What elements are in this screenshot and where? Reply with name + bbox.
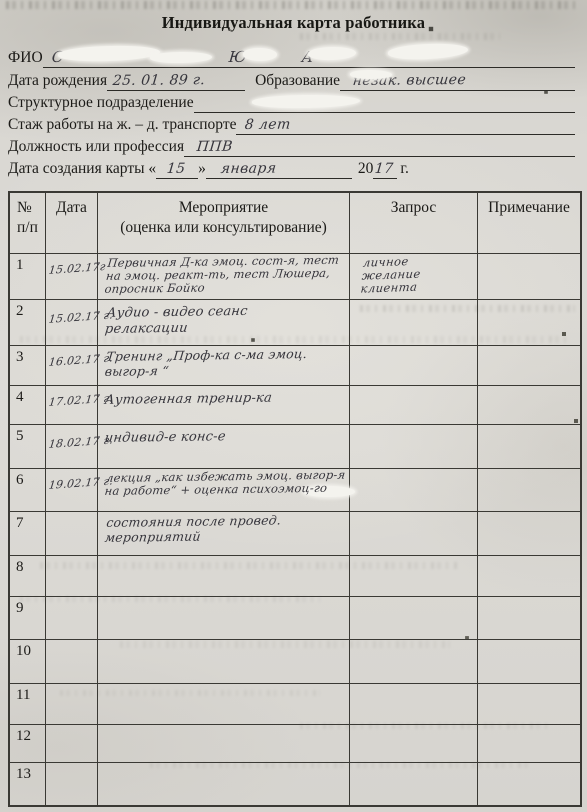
cell-event bbox=[98, 763, 350, 805]
cell-request bbox=[350, 346, 478, 385]
cell-note bbox=[478, 346, 580, 385]
cell-num: 7 bbox=[10, 512, 46, 555]
card-date-year-printed: 20 bbox=[352, 160, 374, 179]
table-row: 9 bbox=[10, 597, 580, 640]
cell-request bbox=[350, 512, 478, 555]
table-row: 4 17.02.17 г. Аутогенная тренир-ка bbox=[10, 386, 580, 425]
cell-event bbox=[98, 684, 350, 724]
table-row: 7 состояния после провед. мероприятий bbox=[10, 512, 580, 556]
header-note: Примечание bbox=[478, 193, 580, 253]
experience-value: 8 лет bbox=[244, 117, 291, 133]
cell-event: Первичная Д-ка эмоц. сост-я, тест на эмо… bbox=[98, 254, 350, 299]
cell-request bbox=[350, 597, 478, 639]
cell-num: 5 bbox=[10, 425, 46, 468]
cell-note bbox=[478, 556, 580, 596]
birth-line: 25. 01. 89 г. bbox=[107, 67, 245, 91]
cell-note bbox=[478, 684, 580, 724]
cell-date bbox=[46, 556, 98, 596]
table-row: 10 bbox=[10, 640, 580, 684]
experience-field: Стаж работы на ж. – д. транспорте 8 лет bbox=[8, 112, 575, 135]
cell-num: 2 bbox=[10, 300, 46, 345]
cell-date: 15.02.17 г. bbox=[46, 300, 98, 345]
cell-note bbox=[478, 386, 580, 424]
cell-note bbox=[478, 763, 580, 805]
table-row: 8 bbox=[10, 556, 580, 597]
card-date-month-line: января bbox=[206, 155, 352, 179]
cell-request bbox=[350, 300, 478, 345]
cell-note bbox=[478, 597, 580, 639]
cell-date: 16.02.17 г. bbox=[46, 346, 98, 385]
header-event: Мероприятие (оценка или консультирование… bbox=[98, 193, 350, 253]
cell-event: лекция „как избежать эмоц. выгор-я на ра… bbox=[98, 469, 350, 511]
header-date: Дата bbox=[46, 193, 98, 253]
table-header-row: № п/п Дата Мероприятие (оценка или консу… bbox=[10, 193, 580, 254]
header-request: Запрос bbox=[350, 193, 478, 253]
fio-initial-1: С bbox=[51, 48, 65, 66]
cell-request bbox=[350, 556, 478, 596]
table-row: 11 bbox=[10, 684, 580, 725]
cell-num: 1 bbox=[10, 254, 46, 299]
card-date-quote-close: » bbox=[198, 160, 206, 179]
cell-num: 11 bbox=[10, 684, 46, 724]
fio-initial-2: Ю bbox=[228, 48, 248, 66]
table-row: 1 15.02.17г Первичная Д-ка эмоц. сост-я,… bbox=[10, 254, 580, 300]
fio-initial-3: А bbox=[301, 48, 315, 66]
fio-field: ФИО С Ю А bbox=[8, 45, 575, 68]
education-line: незак. высшее bbox=[340, 67, 575, 91]
department-line bbox=[194, 89, 575, 113]
cell-num: 4 bbox=[10, 386, 46, 424]
card-date-suffix: г. bbox=[397, 160, 408, 179]
card-date-day: 15 bbox=[166, 161, 186, 177]
cell-event: Аутогенная тренир-ка bbox=[98, 386, 350, 424]
cell-event: состояния после провед. мероприятий bbox=[98, 512, 350, 555]
table-row: 12 bbox=[10, 725, 580, 763]
card-date-day-line: 15 bbox=[156, 155, 198, 179]
card-date-field: Дата создания карты « 15 » января 20 17 … bbox=[8, 156, 575, 179]
cell-note bbox=[478, 425, 580, 468]
cell-date: 19.02.17 г. bbox=[46, 469, 98, 511]
cell-note bbox=[478, 512, 580, 555]
cell-note bbox=[478, 640, 580, 683]
cell-event bbox=[98, 597, 350, 639]
cell-request: личное желание клиента bbox=[350, 254, 478, 299]
card-date-month: января bbox=[220, 161, 277, 177]
cell-num: 6 bbox=[10, 469, 46, 511]
cell-date bbox=[46, 725, 98, 762]
cell-event: Аудио - видео сеанс релаксации bbox=[98, 300, 350, 345]
cell-date bbox=[46, 640, 98, 683]
cell-note bbox=[478, 254, 580, 299]
birth-education-field: Дата рождения 25. 01. 89 г. Образование … bbox=[8, 68, 575, 91]
department-label: Структурное подразделение bbox=[8, 94, 194, 113]
cell-request bbox=[350, 425, 478, 468]
card-date-label: Дата создания карты « bbox=[8, 160, 156, 179]
position-line: ППВ bbox=[184, 133, 575, 157]
cell-request bbox=[350, 469, 478, 511]
cell-request bbox=[350, 725, 478, 762]
table-row: 6 19.02.17 г. лекция „как избежать эмоц.… bbox=[10, 469, 580, 512]
paper-specks bbox=[0, 0, 2, 2]
cell-num: 8 bbox=[10, 556, 46, 596]
cell-num: 3 bbox=[10, 346, 46, 385]
cell-date: 18.02.17 г. bbox=[46, 425, 98, 468]
cell-event bbox=[98, 640, 350, 683]
education-value: незак. высшее bbox=[352, 72, 467, 89]
cell-request bbox=[350, 684, 478, 724]
experience-line: 8 лет bbox=[236, 111, 575, 135]
scanned-worker-card-page: { "document": { "title": "Индивидуальная… bbox=[0, 0, 587, 812]
cell-event: Тренинг „Проф-ка с-ма эмоц. выгор-я “ bbox=[98, 346, 350, 385]
cell-note bbox=[478, 300, 580, 345]
fio-label: ФИО bbox=[8, 49, 43, 68]
table-row: 5 18.02.17 г. индивид-е конс-е bbox=[10, 425, 580, 469]
page-title: Индивидуальная карта работника bbox=[0, 13, 587, 33]
department-field: Структурное подразделение bbox=[8, 90, 575, 113]
cell-note bbox=[478, 725, 580, 762]
birth-label: Дата рождения bbox=[8, 72, 107, 91]
cell-date bbox=[46, 684, 98, 724]
cell-num: 9 bbox=[10, 597, 46, 639]
cell-date bbox=[46, 512, 98, 555]
table-row: 2 15.02.17 г. Аудио - видео сеанс релакс… bbox=[10, 300, 580, 346]
cell-note bbox=[478, 469, 580, 511]
table-row: 3 16.02.17 г. Тренинг „Проф-ка с-ма эмоц… bbox=[10, 346, 580, 386]
cell-request bbox=[350, 640, 478, 683]
cell-num: 12 bbox=[10, 725, 46, 762]
header-num: № п/п bbox=[10, 193, 46, 253]
cell-date bbox=[46, 763, 98, 805]
card-date-year-line: 17 bbox=[373, 155, 397, 179]
events-table: № п/п Дата Мероприятие (оценка или консу… bbox=[8, 191, 582, 807]
fio-line: С Ю А bbox=[43, 44, 575, 68]
table-row: 13 bbox=[10, 763, 580, 805]
cell-event bbox=[98, 725, 350, 762]
card-date-year-written: 17 bbox=[374, 161, 394, 177]
cell-date bbox=[46, 597, 98, 639]
cell-num: 10 bbox=[10, 640, 46, 683]
position-field: Должность или профессия ППВ bbox=[8, 134, 575, 157]
cell-event: индивид-е конс-е bbox=[98, 425, 350, 468]
cell-date: 15.02.17г bbox=[46, 254, 98, 299]
birth-value: 25. 01. 89 г. bbox=[112, 72, 206, 89]
cell-event bbox=[98, 556, 350, 596]
cell-request bbox=[350, 386, 478, 424]
cell-num: 13 bbox=[10, 763, 46, 805]
position-value: ППВ bbox=[196, 139, 233, 155]
cell-date: 17.02.17 г. bbox=[46, 386, 98, 424]
cell-request bbox=[350, 763, 478, 805]
